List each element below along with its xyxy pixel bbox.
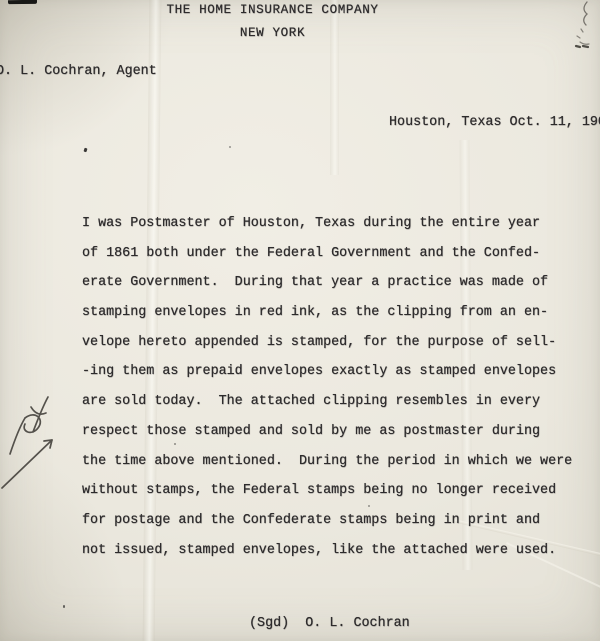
date-line: Houston, Texas Oct. 11, 190 (389, 116, 600, 129)
body-line: the time above mentioned. During the per… (82, 447, 572, 477)
signature-line: (Sgd) O. L. Cochran (249, 617, 410, 630)
body-line: -ing them as prepaid envelopes exactly a… (82, 357, 572, 387)
body-line: not issued, stamped envelopes, like the … (82, 536, 572, 566)
body-line: of 1861 both under the Federal Governmen… (82, 239, 572, 269)
body-line: stamping envelopes in red ink, as the cl… (82, 298, 572, 328)
body-line: I was Postmaster of Houston, Texas durin… (82, 209, 572, 239)
body-line: respect those stamped and sold by me as … (82, 417, 572, 447)
scan-speck (229, 146, 231, 148)
letterhead-city: NEW YORK (0, 27, 545, 40)
scan-speck (83, 148, 87, 153)
letterhead-company-name: THE HOME INSURANCE COMPANY (0, 4, 545, 17)
pencil-scribble-icon (568, 0, 600, 60)
body-line: erate Government. During that year a pra… (82, 268, 572, 298)
scan-speck (174, 443, 176, 445)
letterhead: THE HOME INSURANCE COMPANY NEW YORK (0, 0, 545, 39)
letter-body: I was Postmaster of Houston, Texas durin… (82, 209, 572, 565)
body-line: for postage and the Confederate stamps b… (82, 506, 572, 536)
margin-annotation-p4-icon (0, 388, 72, 498)
scan-speck (368, 505, 370, 507)
body-line: velope hereto appended is stamped, for t… (82, 328, 572, 358)
body-line: without stamps, the Federal stamps being… (82, 476, 572, 506)
body-line: are sold today. The attached clipping re… (82, 387, 572, 417)
scanned-letter-page: THE HOME INSURANCE COMPANY NEW YORK O. L… (0, 0, 600, 641)
agent-line: O. L. Cochran, Agent (0, 65, 157, 78)
scan-speck (63, 605, 65, 608)
